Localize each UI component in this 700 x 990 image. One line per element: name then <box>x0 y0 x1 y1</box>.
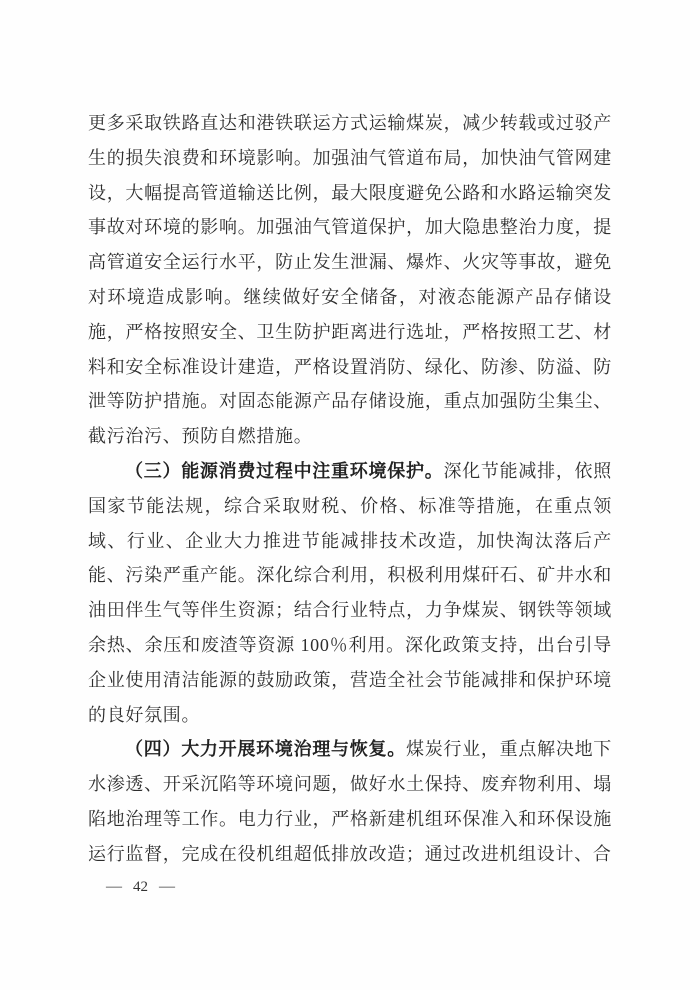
section-heading: （三）能源消费过程中注重环境保护。 <box>125 461 443 481</box>
paragraph-text: 更多采取铁路直达和港铁联运方式运输煤炭，减少转载或过驳产生的损失浪费和环境影响。… <box>88 113 612 446</box>
page-footer: —42— <box>106 877 175 897</box>
body-paragraph: （四）大力开展环境治理与恢复。煤炭行业，重点解决地下水渗透、开采沉陷等环境问题，… <box>88 732 612 871</box>
body-paragraph: （三）能源消费过程中注重环境保护。深化节能减排，依照国家节能法规，综合采取财税、… <box>88 454 612 732</box>
footer-dash-right: — <box>159 878 175 895</box>
footer-dash-left: — <box>106 878 122 895</box>
body-paragraph: 更多采取铁路直达和港铁联运方式运输煤炭，减少转载或过驳产生的损失浪费和环境影响。… <box>88 106 612 454</box>
section-heading: （四）大力开展环境治理与恢复。 <box>125 739 406 759</box>
paragraph-text: 深化节能减排，依照国家节能法规，综合采取财税、价格、标准等措施，在重点领域、行业… <box>88 461 612 725</box>
page-number: 42 <box>133 877 148 897</box>
document-body: 更多采取铁路直达和港铁联运方式运输煤炭，减少转载或过驳产生的损失浪费和环境影响。… <box>88 106 612 872</box>
document-page: 更多采取铁路直达和港铁联运方式运输煤炭，减少转载或过驳产生的损失浪费和环境影响。… <box>0 0 700 990</box>
